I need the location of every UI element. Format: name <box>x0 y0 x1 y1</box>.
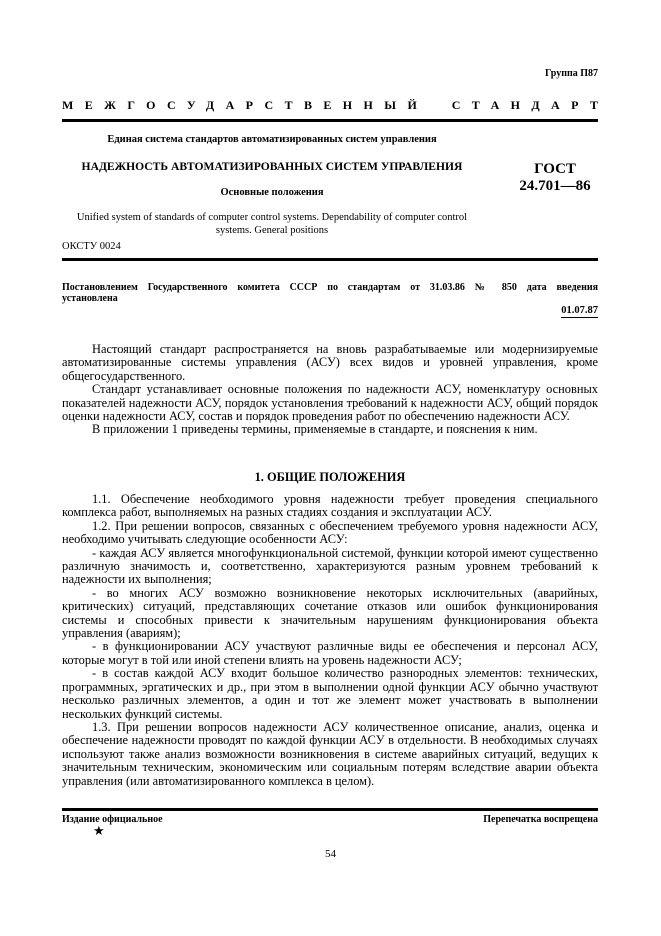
title-divider <box>62 258 598 261</box>
top-divider <box>62 119 598 122</box>
document-title: НАДЕЖНОСТЬ АВТОМАТИЗИРОВАННЫХ СИСТЕМ УПР… <box>62 160 482 173</box>
decree-statement: Постановлением Государственного комитета… <box>62 282 598 304</box>
standard-word: СТАНДАРТ <box>452 98 610 113</box>
star-icon: ★ <box>93 824 105 837</box>
page-number: 54 <box>0 848 661 860</box>
section-paragraph: - во многих АСУ возможно возникновение н… <box>62 587 598 641</box>
gost-label: ГОСТ <box>505 161 605 178</box>
document-subtitle: Основные положения <box>62 187 482 198</box>
reprint-prohibited-note: Перепечатка воспрещена <box>483 814 598 825</box>
decree-line-1: Постановлением Государственного комитета… <box>62 282 598 293</box>
standard-series: Единая система стандартов автоматизирова… <box>62 134 482 145</box>
official-edition-note: Издание официальное <box>62 814 163 825</box>
intro-text: Настоящий стандарт распространяется на в… <box>62 343 598 437</box>
section-paragraph: 1.2. При решении вопросов, связанных с о… <box>62 520 598 547</box>
intro-paragraph: В приложении 1 приведены термины, примен… <box>62 423 598 436</box>
classification-group: Группа П87 <box>545 68 598 79</box>
gost-designation: ГОСТ 24.701—86 <box>505 161 605 195</box>
section-paragraph: 1.1. Обеспечение необходимого уровня над… <box>62 493 598 520</box>
intro-paragraph: Стандарт устанавливает основные положени… <box>62 383 598 423</box>
decree-line-2: установлена <box>62 293 118 304</box>
intro-paragraph: Настоящий стандарт распространяется на в… <box>62 343 598 383</box>
footer-divider <box>62 808 598 811</box>
interstate-word: МЕЖГОСУДАРСТВЕННЫЙ <box>62 98 428 113</box>
english-title: Unified system of standards of computer … <box>62 211 482 237</box>
section-paragraph: - каждая АСУ является многофункционально… <box>62 547 598 587</box>
section-paragraph: 1.3. При решении вопросов надежности АСУ… <box>62 721 598 788</box>
section-paragraph: - в состав каждой АСУ входит большое кол… <box>62 667 598 721</box>
introduction-date: 01.07.87 <box>561 305 598 318</box>
section-paragraph: - в функционировании АСУ участвуют разли… <box>62 640 598 667</box>
okstu-code: ОКСТУ 0024 <box>62 241 121 252</box>
section-heading: 1. ОБЩИЕ ПОЛОЖЕНИЯ <box>62 470 598 485</box>
section-body: 1.1. Обеспечение необходимого уровня над… <box>62 493 598 788</box>
interstate-standard-banner: МЕЖГОСУДАРСТВЕННЫЙ СТАНДАРТ <box>62 98 598 113</box>
gost-number: 24.701—86 <box>505 178 605 195</box>
